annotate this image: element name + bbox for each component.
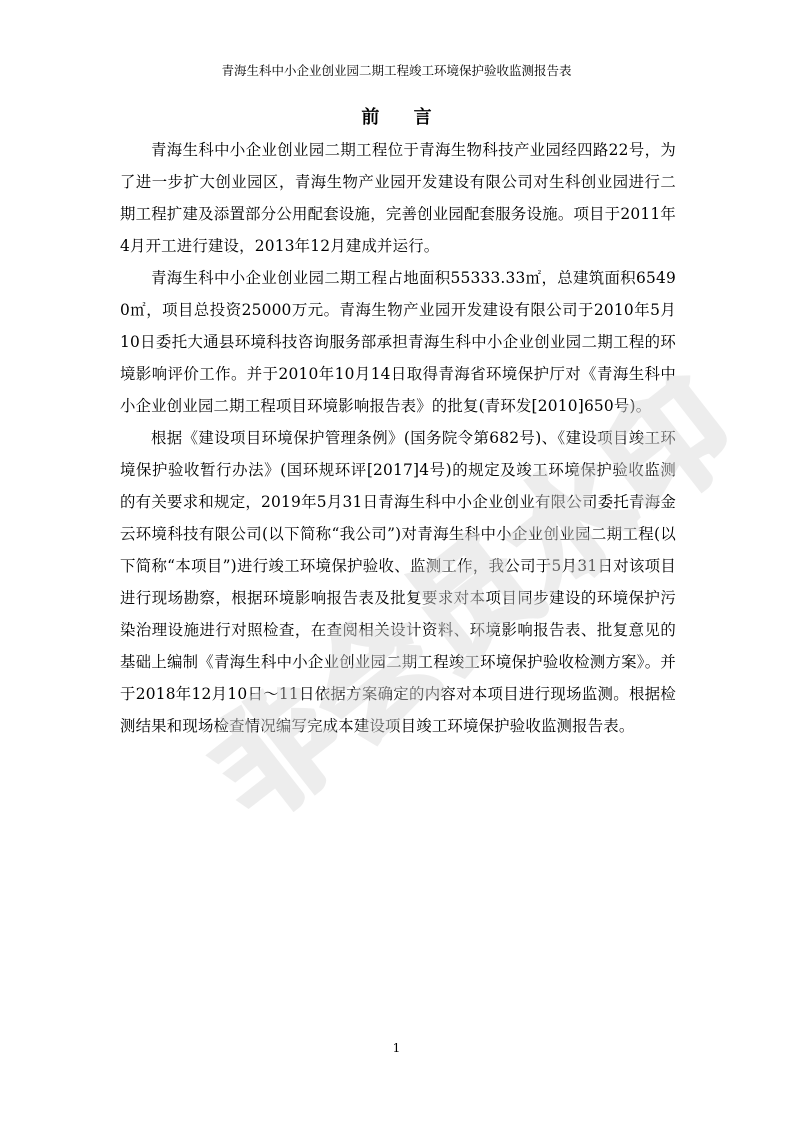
page-number: 1 <box>0 1041 793 1055</box>
paragraph-project-overview: 青海生科中小企业创业园二期工程位于青海生物科技产业园经四路22号，为了进一步扩大… <box>120 134 676 262</box>
paragraph-project-scale: 青海生科中小企业创业园二期工程占地面积55333.33㎡，总建筑面积65490㎡… <box>120 262 676 422</box>
paragraph-acceptance-basis: 根据《建设项目环境保护管理条例》(国务院令第682号)、《建设项目竣工环境保护验… <box>120 422 676 742</box>
running-header: 青海生科中小企业创业园二期工程竣工环境保护验收监测报告表 <box>0 61 793 79</box>
document-page: 青海生科中小企业创业园二期工程竣工环境保护验收监测报告表 前 言 青海生科中小企… <box>0 0 793 1122</box>
section-title: 前 言 <box>0 103 793 129</box>
document-body: 青海生科中小企业创业园二期工程位于青海生物科技产业园经四路22号，为了进一步扩大… <box>120 134 676 742</box>
